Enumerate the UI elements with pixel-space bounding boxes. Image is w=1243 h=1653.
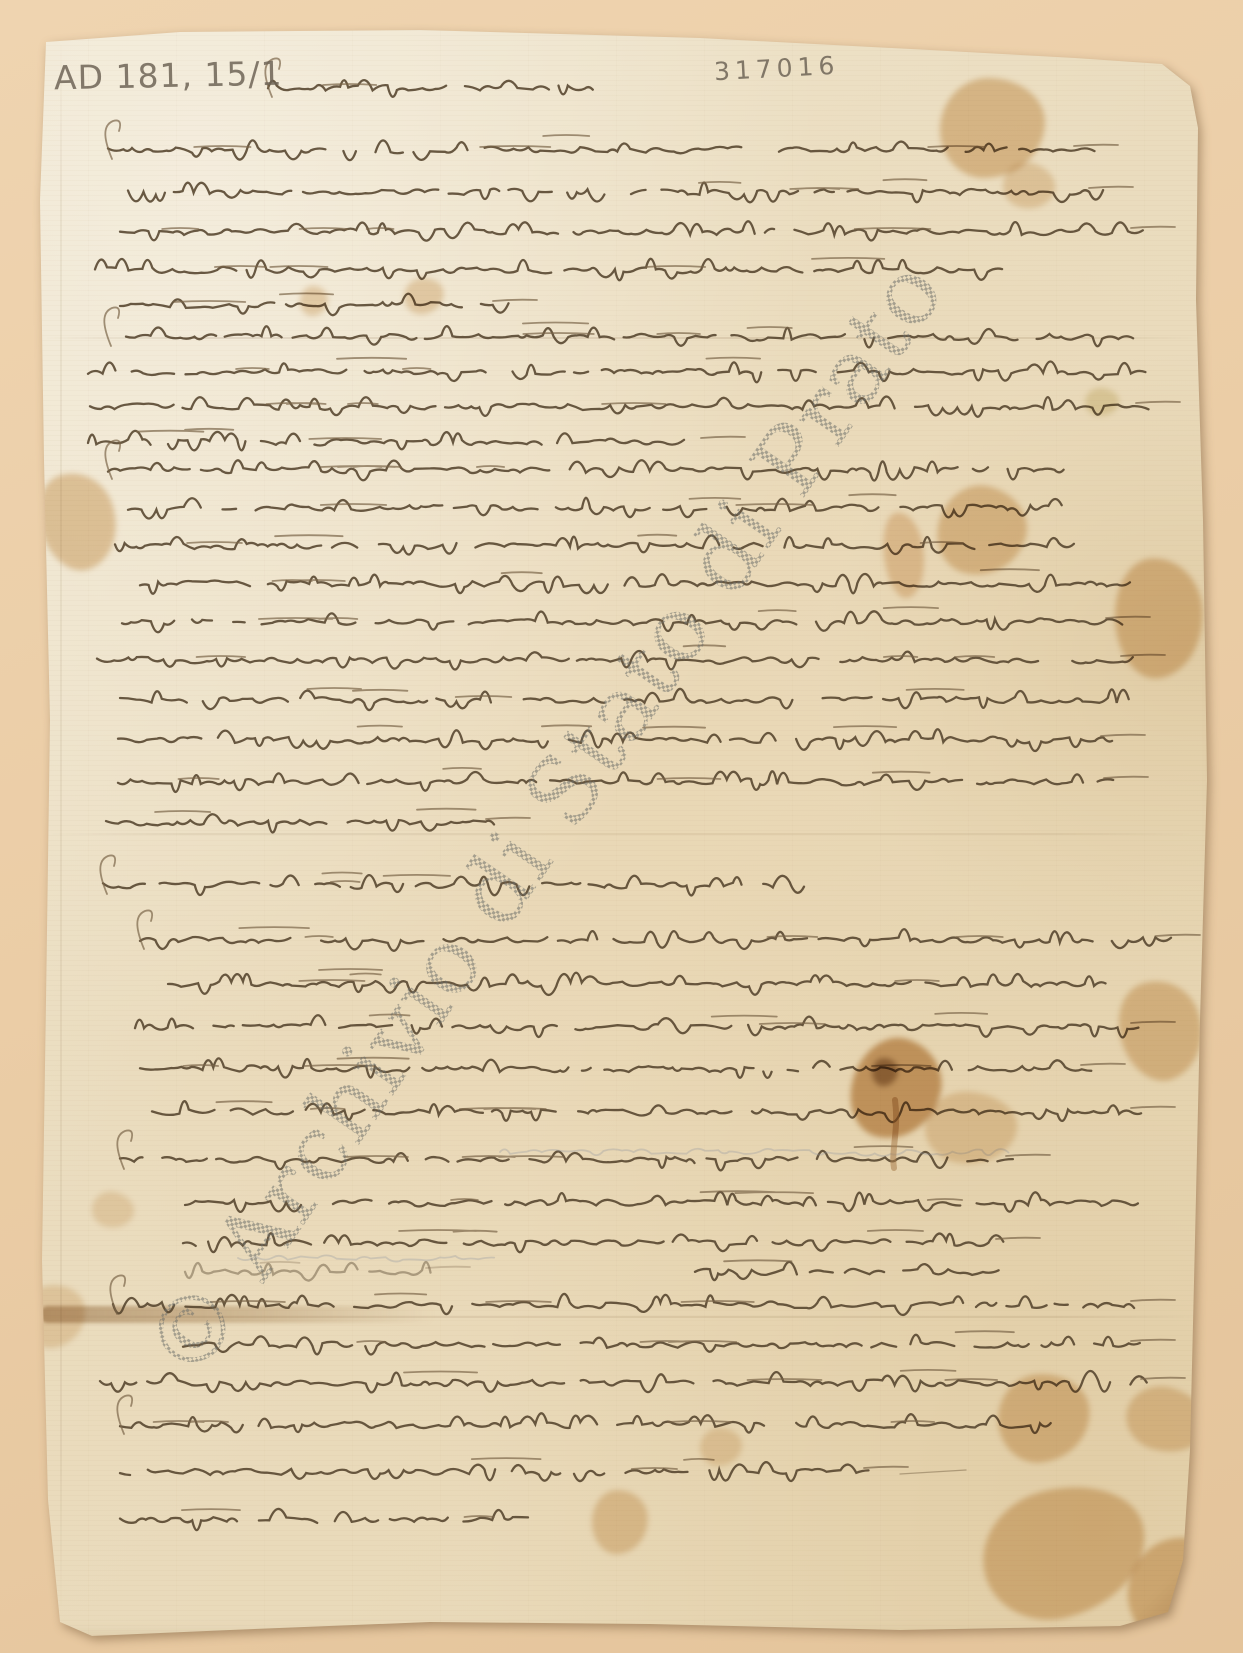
handwriting-flourish: [259, 607, 1150, 619]
stain: [700, 1428, 742, 1466]
handwriting-flourish: [267, 402, 1181, 404]
stain: [1110, 554, 1208, 681]
handwriting-line: [152, 1101, 1141, 1122]
stain: [1084, 387, 1120, 418]
handwriting-line: [115, 535, 1074, 554]
stain: [1105, 969, 1216, 1091]
handwriting-flourish: [100, 855, 450, 894]
handwriting-flourish: [236, 358, 760, 369]
handwriting-line: [126, 326, 1133, 347]
handwriting-line: [95, 259, 1002, 280]
handwriting-flourish: [183, 1058, 1125, 1066]
handwriting-flourish: [273, 569, 1040, 581]
handwriting-line: [695, 1262, 999, 1280]
handwriting-line: [90, 397, 1149, 417]
stain: [590, 1488, 650, 1556]
handwriting-line: [140, 574, 1130, 594]
handwriting-line: [113, 1294, 1154, 1315]
handwriting-line: [183, 1335, 1140, 1355]
handwriting-flourish: [399, 1230, 1040, 1239]
fold-crease: [46, 833, 1196, 835]
handwriting-line: [185, 1192, 1138, 1212]
handwriting-flourish: [472, 1458, 908, 1469]
handwriting-line: [88, 361, 1145, 382]
handwriting-flourish: [307, 688, 963, 697]
handwriting-flourish: [137, 910, 1200, 949]
handwriting-flourish: [117, 1395, 934, 1434]
handwriting-line: [88, 431, 710, 450]
handwriting-line: [100, 1371, 1147, 1392]
handwriting-line: [183, 1233, 1003, 1252]
handwriting-line: [106, 814, 494, 832]
handwriting-flourish: [162, 227, 1175, 229]
stain: [88, 1187, 138, 1233]
handwriting-line: [120, 689, 1150, 710]
handwriting-flourish: [182, 1509, 494, 1517]
handwriting-flourish: [404, 1370, 1185, 1380]
handwriting-flourish: [105, 440, 504, 479]
show-through-ghost: [238, 1255, 494, 1261]
stain: [402, 275, 447, 316]
stain: [1118, 1377, 1216, 1463]
handwriting-flourish: [137, 429, 745, 439]
archive-watermark: © Archivio di Stato di Prato: [119, 237, 972, 1402]
handwriting-line: [120, 1151, 1013, 1170]
stain: [994, 1369, 1095, 1466]
handwriting-flourish: [197, 645, 1165, 657]
paper-texture: [0, 0, 1243, 1653]
handwriting-line: [118, 729, 1112, 751]
handwriting-flourish: [215, 258, 884, 267]
handwriting-line: [120, 1462, 869, 1481]
stain: [26, 462, 131, 580]
fold-crease: [40, 1316, 1200, 1318]
handwriting-line: [168, 973, 1106, 995]
handwriting-flourish: [174, 293, 537, 302]
stray-ink-line: [900, 1470, 966, 1474]
stain: [871, 1057, 899, 1087]
stain: [878, 510, 930, 601]
handwriting-line: [140, 929, 1171, 951]
show-through-ghost: [500, 1149, 1009, 1156]
handwriting-flourish: [358, 725, 1145, 736]
handwriting-flourish: [110, 1275, 1175, 1314]
stain: [15, 1278, 92, 1354]
fold-crease: [42, 337, 1197, 339]
handwriting-flourish: [451, 1191, 962, 1200]
handwriting-line: [103, 875, 804, 895]
stain: [922, 1088, 1020, 1168]
letter-page: © Archivio di Stato di Prato AD 181, 15/…: [0, 0, 1243, 1653]
handwriting-flourish: [105, 120, 1118, 159]
stain: [1124, 1534, 1243, 1650]
archival-reference-annotation: AD 181, 15/1: [54, 54, 283, 98]
handwriting-flourish: [299, 969, 939, 981]
handwriting-flourish: [724, 1260, 791, 1261]
handwriting-flourish: [265, 58, 376, 97]
handwriting-line: [108, 140, 1095, 160]
inventory-number-annotation: 317016: [713, 51, 840, 87]
handwriting-flourish: [699, 179, 1133, 189]
handwriting-line: [122, 611, 1122, 632]
handwriting-flourish: [179, 768, 1149, 779]
handwriting-flourish: [357, 1331, 1175, 1342]
stain: [940, 78, 1045, 178]
handwriting-line: [120, 1509, 528, 1530]
scanned-document: © Archivio di Stato di Prato AD 181, 15/…: [0, 0, 1243, 1653]
handwriting-flourish: [104, 307, 791, 346]
handwriting-flourish: [117, 1130, 1050, 1169]
handwriting-flourish: [216, 1101, 1175, 1109]
handwriting-line: [108, 460, 1064, 480]
crease-dirt-streak: [40, 1306, 435, 1323]
handwriting-flourish: [155, 809, 530, 819]
seal-tail: [893, 1100, 896, 1168]
handwriting-line: [97, 651, 1133, 669]
handwriting-layer: [0, 0, 1243, 1653]
handwriting-line: [120, 294, 509, 315]
handwriting-line: [128, 183, 1103, 203]
handwriting-line: [120, 221, 1143, 240]
stain: [300, 286, 328, 316]
handwriting-line: [185, 1262, 431, 1280]
paper-shadow-wrap: © Archivio di Stato di Prato AD 181, 15/…: [0, 0, 1243, 1653]
handwriting-flourish: [261, 1262, 471, 1268]
edge-shading: [0, 0, 1243, 1653]
handwriting-flourish: [370, 1013, 1175, 1024]
fold-crease: [60, 36, 62, 1614]
stain: [969, 1470, 1160, 1634]
stain: [928, 477, 1035, 586]
handwriting-line: [128, 498, 1062, 519]
handwriting-line: [268, 80, 593, 97]
handwriting-line: [118, 771, 1113, 792]
stain: [840, 1028, 953, 1150]
handwriting-line: [140, 1058, 1091, 1077]
corner-fold: [1128, 1560, 1208, 1630]
handwriting-line: [120, 1413, 1051, 1433]
stain: [997, 156, 1061, 216]
handwriting-flourish: [321, 494, 896, 505]
handwriting-flourish: [187, 535, 962, 543]
handwriting-line: [135, 1015, 1138, 1037]
